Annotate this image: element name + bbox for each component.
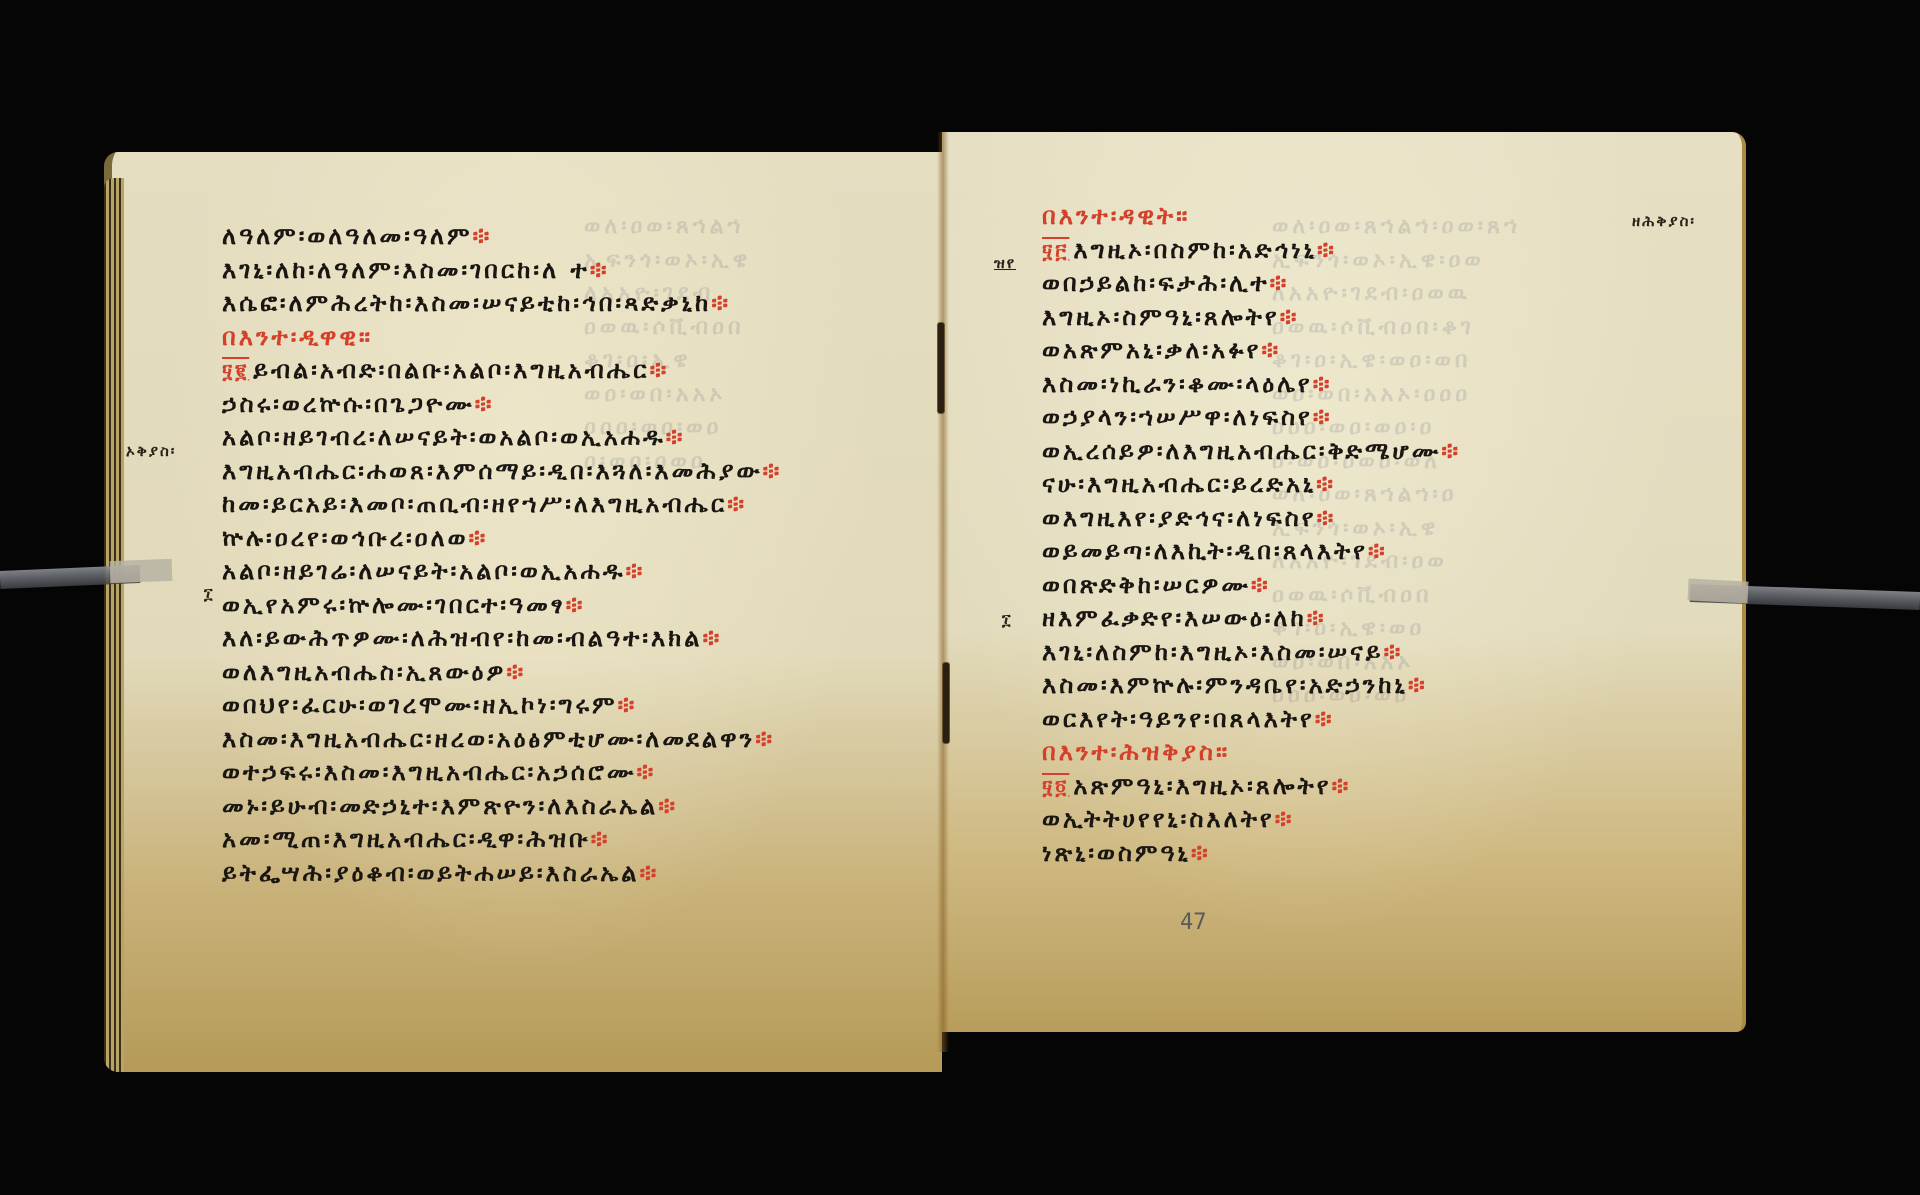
text-line: ነጽኒ፡ወስምዓኒ፨ (1042, 837, 1461, 871)
psalm-number: ፶፫ (1042, 239, 1069, 263)
text-line: እገኒ፡ለስምከ፡እግዚኦ፡እስመ፡ሠናይ፨ (1042, 636, 1461, 670)
text-line: ፶፫እግዚኦ፡በስምከ፡አድኅነኒ፨ (1042, 234, 1461, 268)
text-line: ወይመይጣ፡ለእኪት፡ዲበ፡ጸላእትየ፨ (1042, 535, 1461, 569)
text-line: እስመ፡እግዚአብሔር፡ዘረወ፡አዕፅምቲሆሙ፡ለመደልዋን፨ (222, 723, 782, 757)
text-line: ወኢትትሀየየኒ፡ስእለትየ፨ (1042, 803, 1461, 837)
text-line: ወኢረሰይዎ፡ለእግዚአብሔር፡ቅድሜሆሙ፨ (1042, 435, 1461, 469)
text-line: ወለእግዚአብሔስ፡ኢጸውዕዎ፨ (222, 656, 782, 690)
psalm-number: ፶፬ (1042, 775, 1069, 799)
text-line: ወርእየት፡ዓይንየ፡በጸላእትየ፨ (1042, 703, 1461, 737)
left-page: ወለ፡ዐወ፡ጸኀልኀኢፍንጎ፡ወኦ፡ኢዌለአአዮ፡ገደብዐወዉ፡ሶቪብዐበቆገ፡… (104, 152, 942, 1072)
text-line: እስመ፡እምኵሉ፡ምንዳቤየ፡አድኃንከኒ፨ (1042, 669, 1461, 703)
margin-note: ዝየ (994, 254, 1016, 272)
text-line: ወበህየ፡ፈርሁ፡ወገረሞሙ፡ዘኢኮነ፡ግሩም፨ (222, 689, 782, 723)
text-line: ለዓለም፡ወለዓለመ፡ዓለም፨ (222, 220, 782, 254)
binding-stitch (942, 662, 950, 744)
psalm-number: ፶፪ (222, 359, 249, 383)
text-line: አልቦ፡ዘይገብረ፡ለሠናይት፡ወአልቦ፡ወኢአሐዱ፨ (222, 421, 782, 455)
left-page-text: ለዓለም፡ወለዓለመ፡ዓለም፨ እገኒ፡ለከ፡ለዓለም፡እስመ፡ገበርከ፡ለ ተ… (222, 220, 782, 890)
book-gutter (937, 132, 949, 1052)
bookmark-ribbon-tip (1687, 578, 1748, 603)
right-page-text: በእንተ፡ዳዊት። ፶፫እግዚኦ፡በስምከ፡አድኅነኒ፨ ወበኃይልከ፡ፍታሕ፡… (1042, 200, 1461, 870)
text-line: ፶፬አጽምዓኒ፡እግዚኦ፡ጸሎትየ፨ (1042, 770, 1461, 804)
text-line: ወበጽድቅከ፡ሠርዎሙ፨ (1042, 569, 1461, 603)
running-head: ዘሕቅያስ፡ (1632, 212, 1696, 230)
text-line: እግዚአብሔር፡ሐወጸ፡እምሰማይ፡ዲበ፡እጓለ፡እመሕያው፨ (222, 455, 782, 489)
text-line: ፶፪ይብል፡አብድ፡በልቡ፡አልቦ፡እግዚአብሔር፨ (222, 354, 782, 388)
text-line: መኑ፡ይሁብ፡መድኃኒተ፡እምጽዮን፡ለእስራኤል፨ (222, 790, 782, 824)
text-line: ወኃያላን፡ኀሠሥዋ፡ለነፍስየ፨ (1042, 401, 1461, 435)
text-line: ይትፌሣሕ፡ያዕቆብ፡ወይትሐሠይ፡እስራኤል፨ (222, 857, 782, 891)
text-line: ዘእምፈቃድየ፡እሠውዕ፡ለከ፨ (1042, 602, 1461, 636)
page-number: 47 (1180, 910, 1207, 935)
section-heading: በእንተ፡ዳዊት። (1042, 200, 1461, 234)
text-line: አመ፡ሚጠ፡እግዚአብሔር፡ዲዋ፡ሕዝቡ፨ (222, 823, 782, 857)
text-line: ከመ፡ይርአይ፡እመቦ፡ጠቢብ፡ዘየኀሥ፡ለእግዚአብሔር፨ (222, 488, 782, 522)
open-manuscript: ወለ፡ዐወ፡ጸኀልኀኢፍንጎ፡ወኦ፡ኢዌለአአዮ፡ገደብዐወዉ፡ሶቪብዐበቆገ፡… (104, 132, 1746, 1052)
text-line: ኃስሩ፡ወረኵሱ፡በጌጋዮሙ፨ (222, 388, 782, 422)
text-line: ወእግዚእየ፡ያድኅና፡ለነፍስየ፨ (1042, 502, 1461, 536)
right-page: ወለ፡ዐወ፡ጸኀልኀ፡ዐወ፡ጸኀኢፍንጎ፡ወኦ፡ኢዌ፡ዐወለአአዮ፡ገደብ፡ዐወ… (942, 132, 1746, 1032)
text-line: ወአጽምአኒ፡ቃለ፡አፉየ፨ (1042, 334, 1461, 368)
text-line: እለ፡ይውሕጥዎሙ፡ለሕዝብየ፡ከመ፡ብልዓተ፡እክል፨ (222, 622, 782, 656)
margin-note: ኦቅያስ፡ (126, 442, 176, 460)
verse-marker: ፲ (1002, 610, 1011, 630)
page-fore-edge (104, 178, 124, 1072)
text-line: እገኒ፡ለከ፡ለዓለም፡እስመ፡ገበርከ፡ለ ተ፨ (222, 254, 782, 288)
section-heading: በእንተ፡ዲዋዊ። (222, 321, 782, 355)
text-line: ወበኃይልከ፡ፍታሕ፡ሊተ፨ (1042, 267, 1461, 301)
bookmark-ribbon-tip (110, 559, 173, 583)
binding-stitch (937, 322, 945, 414)
text-line: ናሁ፡እግዚአብሔር፡ይረድአኒ፨ (1042, 468, 1461, 502)
text-line: ወተኃፍሩ፡እስመ፡እግዚአብሔር፡አኃሰሮሙ፨ (222, 756, 782, 790)
text-line: እግዚኦ፡ስምዓኒ፡ጸሎትየ፨ (1042, 301, 1461, 335)
text-line: እሴፎ፡ለምሕረትከ፡እስመ፡ሠናይቲከ፡ኅበ፡ጻድቃኒከ፨ (222, 287, 782, 321)
text-line: ወኢየአምሩ፡ኵሎሙ፡ገበርተ፡ዓመፃ፨ (222, 589, 782, 623)
text-line: ኵሉ፡ዐረየ፡ወኅቡረ፡ዐለወ፨ (222, 522, 782, 556)
section-heading: በእንተ፡ሕዝቅያስ። (1042, 736, 1461, 770)
text-line: እስመ፡ነኪራን፡ቆሙ፡ላዕሌየ፨ (1042, 368, 1461, 402)
text-line: አልቦ፡ዘይገሬ፡ለሠናይት፡አልቦ፡ወኢአሐዱ፨ (222, 555, 782, 589)
verse-marker: ፲ (204, 584, 213, 604)
